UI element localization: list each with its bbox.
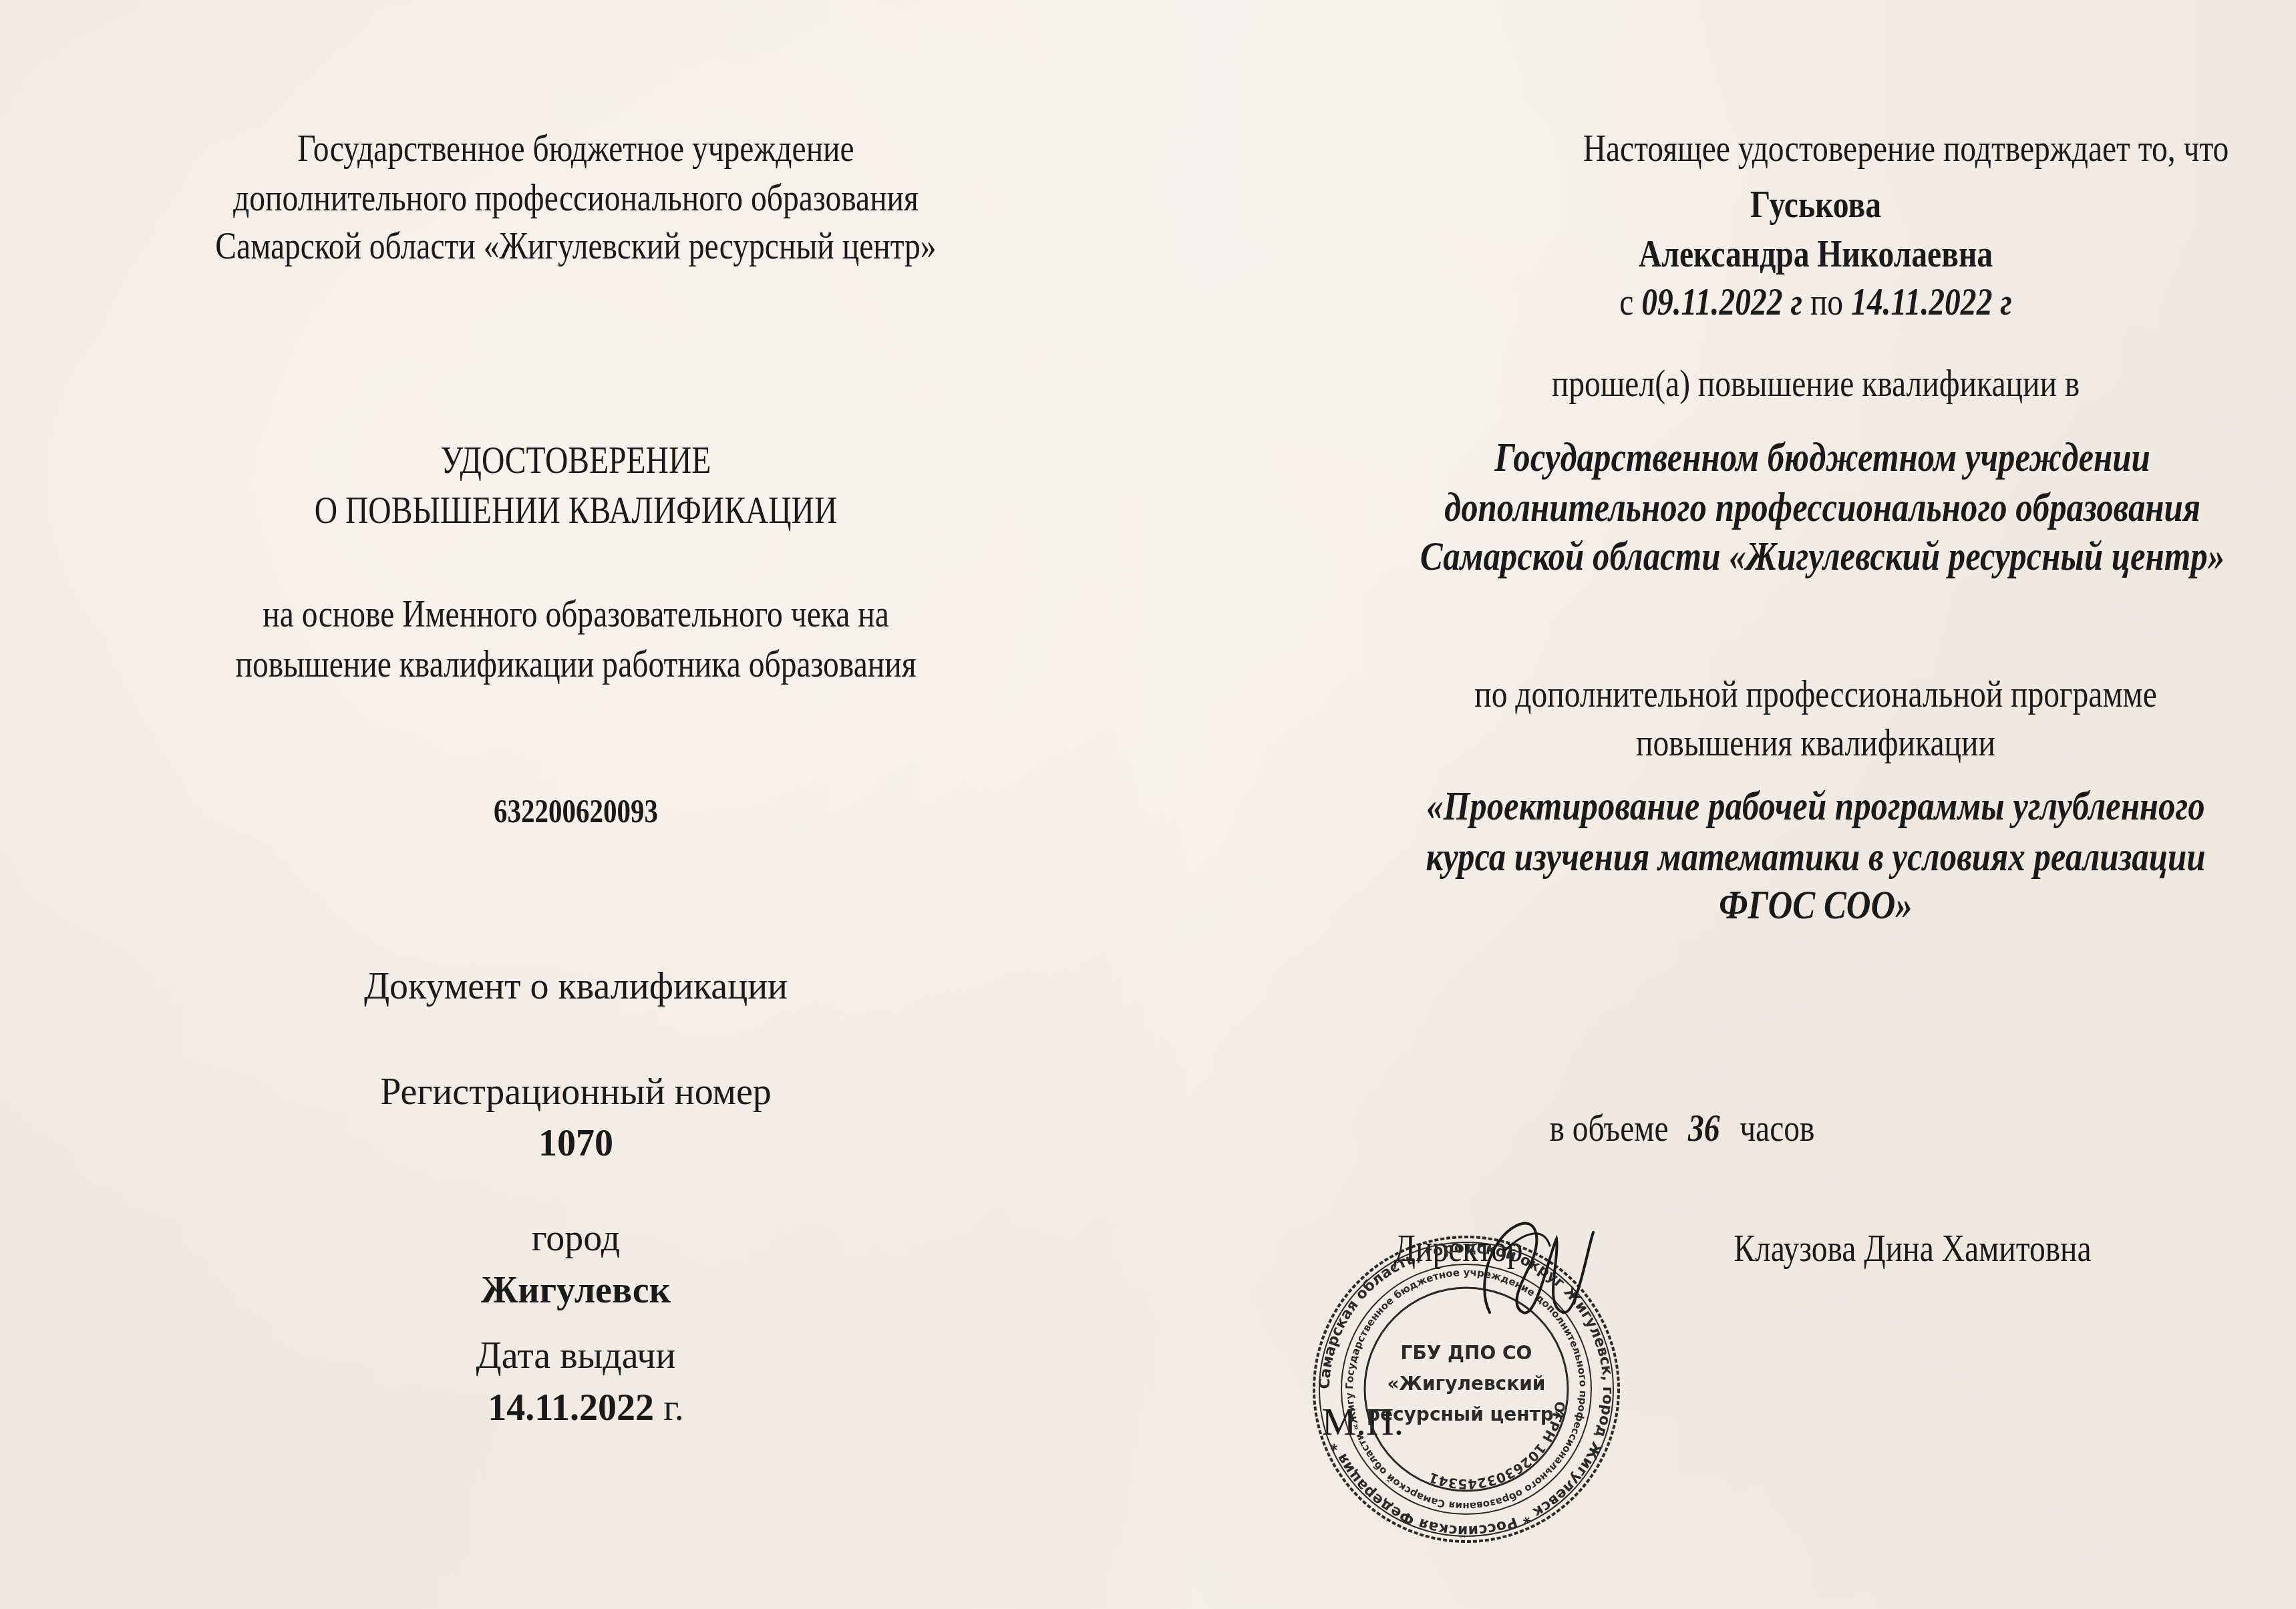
program-title-line-3: ФГОС СОО» <box>1719 882 1912 929</box>
institution-line-2: дополнительного профессионального образо… <box>233 175 919 220</box>
stamp-center-line-3: ресурсный центр» <box>1367 1403 1566 1425</box>
issue-date: 14.11.2022 г. <box>488 1387 684 1429</box>
left-page: Государственное бюджетное учреждение доп… <box>0 0 1148 1609</box>
signatory-name: Клаузова Дина Хамитовна <box>1734 1226 2091 1270</box>
recipient-given-names: Александра Николаевна <box>1639 231 1993 276</box>
program-title-line-1: «Проектирование рабочей программы углубл… <box>1426 783 2204 830</box>
institution-line-1: Государственное бюджетное учреждение <box>297 126 854 170</box>
volume-hours-value: 36 <box>1688 1106 1720 1149</box>
period-from-label: с <box>1619 280 1633 323</box>
city-name: Жигулевск <box>481 1269 671 1312</box>
institution-italic-line-2: дополнительного профессионального образо… <box>1444 484 2200 532</box>
volume-suffix: часов <box>1740 1106 1814 1149</box>
period-from-date: 09.11.2022 г <box>1641 280 1802 323</box>
period-to-label: по <box>1810 280 1843 323</box>
document-type: Документ о квалификации <box>364 965 788 1008</box>
institution-italic-line-3: Самарской области «Жигулевский ресурсный… <box>1420 533 2225 580</box>
registration-label: Регистрационный номер <box>380 1071 772 1113</box>
issue-date-suffix: г. <box>654 1387 684 1429</box>
check-number: 632200620093 <box>494 791 658 830</box>
program-title-line-2: курса изучения математики в условиях реа… <box>1426 834 2205 881</box>
institution-line-3: Самарской области «Жигулевский ресурсный… <box>215 223 936 268</box>
document-title-line-1: УДОСТОВЕРЕНИЕ <box>441 437 711 482</box>
stamp-center-line-1: ГБУ ДПО СО <box>1401 1342 1532 1364</box>
program-intro-line-1: по дополнительной профессиональной прогр… <box>1474 671 2157 716</box>
city-label: город <box>532 1217 620 1260</box>
stamp-center-line-2: «Жигулевский <box>1387 1373 1546 1395</box>
basis-line-2: повышение квалификации работника образов… <box>235 641 916 686</box>
director-signature-icon <box>1463 1212 1597 1332</box>
recipient-surname: Гуськова <box>1750 182 1881 226</box>
program-intro-line-2: повышения квалификации <box>1636 720 1995 765</box>
issue-date-label: Дата выдачи <box>476 1334 676 1377</box>
volume-hours: в объеме36часов <box>1549 1105 1814 1150</box>
completed-text: прошел(а) повышение квалификации в <box>1552 361 2080 405</box>
document-title-line-2: О ПОВЫШЕНИИ КВАЛИФИКАЦИИ <box>315 488 838 532</box>
period-to-date: 14.11.2022 г <box>1851 280 2012 323</box>
institution-italic-line-1: Государственном бюджетном учреждении <box>1494 434 2150 482</box>
training-period: с 09.11.2022 г по 14.11.2022 г <box>1619 279 2012 324</box>
issue-date-value: 14.11.2022 <box>488 1387 654 1429</box>
registration-number: 1070 <box>538 1122 613 1165</box>
volume-prefix: в объеме <box>1549 1106 1668 1149</box>
basis-line-1: на основе Именного образовательного чека… <box>263 591 889 636</box>
intro-text: Настоящее удостоверение подтверждает то,… <box>1583 126 2229 170</box>
